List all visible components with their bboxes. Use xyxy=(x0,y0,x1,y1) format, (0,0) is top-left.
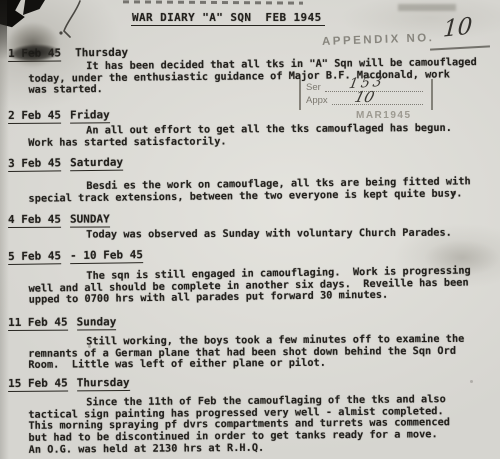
entry-paragraph: Still working, the boys took a few minut… xyxy=(28,334,500,372)
diary-entries: 1 Feb 45Thursday It has been decided tha… xyxy=(0,0,500,459)
diary-entry: 3 Feb 45Saturday Besdi es the work on ca… xyxy=(8,151,500,205)
entry-day-label: Thursday xyxy=(75,46,128,61)
entry-date: 15 Feb 45 xyxy=(8,376,68,392)
entry-heading: 15 Feb 45Thursday xyxy=(8,373,500,392)
appendix-number-handwritten: 10 xyxy=(442,13,473,42)
entry-paragraph: Today was observed as Sunday with volunt… xyxy=(28,227,500,241)
entry-paragraph: Besdi es the work on camouflage, all tks… xyxy=(28,176,500,205)
entry-paragraph: The sqn is still engaged in camouflaging… xyxy=(28,265,500,307)
entry-day-label: SUNDAY xyxy=(70,212,110,227)
entry-text-line: An O.G. was held at 2130 hrs at R.H.Q. xyxy=(29,441,500,457)
diary-entry: 15 Feb 45Thursday Since the 11th of Feb … xyxy=(8,373,500,457)
appx-label: Appx xyxy=(306,95,328,106)
entry-heading: 3 Feb 45Saturday xyxy=(8,151,500,172)
entry-day-label: - 10 Feb 45 xyxy=(70,248,143,264)
entry-day-label: Sunday xyxy=(77,315,117,330)
war-diary-scanned-page: WAR DIARY "A" SQN FEB 1945 APPENDIX NO. … xyxy=(0,0,500,459)
entry-day-label: Thursday xyxy=(77,376,130,391)
diary-entry: 2 Feb 45Friday An all out effort to get … xyxy=(8,106,500,150)
entry-text-line: Work has started satisfactorily. xyxy=(28,134,500,149)
entry-text-line: Room. Little was left of either plane or… xyxy=(28,357,500,372)
entry-date: 3 Feb 45 xyxy=(8,156,61,172)
entry-text-line: Today was observed as Sunday with volunt… xyxy=(28,227,500,241)
diary-entry: 5 Feb 45- 10 Feb 45 The sqn is still eng… xyxy=(8,243,500,307)
ser-label: Ser xyxy=(306,82,321,93)
entry-heading: 11 Feb 45Sunday xyxy=(8,313,500,331)
file-reference-box: Ser Appx 153 10 xyxy=(299,79,433,110)
entry-heading: 5 Feb 45- 10 Feb 45 xyxy=(8,243,500,265)
entry-day-label: Saturday xyxy=(70,156,123,172)
entry-date: 11 Feb 45 xyxy=(8,316,68,331)
entry-heading: 4 Feb 45SUNDAY xyxy=(8,210,500,228)
diary-entry: 11 Feb 45Sunday Still working, the boys … xyxy=(8,313,500,373)
entry-date: 4 Feb 45 xyxy=(8,213,61,228)
entry-date: 5 Feb 45 xyxy=(8,249,61,265)
entry-paragraph: Since the 11th of Feb the camouflaging o… xyxy=(28,394,500,457)
entry-day-label: Friday xyxy=(70,108,110,123)
dotted-leader xyxy=(332,94,423,105)
received-date-stamp: MAR1945 xyxy=(356,110,412,121)
entry-date: 2 Feb 45 xyxy=(8,109,61,124)
entry-paragraph: An all out effort to get all the tks cam… xyxy=(28,123,500,150)
diary-entry: 4 Feb 45SUNDAY Today was observed as Sun… xyxy=(8,210,500,241)
